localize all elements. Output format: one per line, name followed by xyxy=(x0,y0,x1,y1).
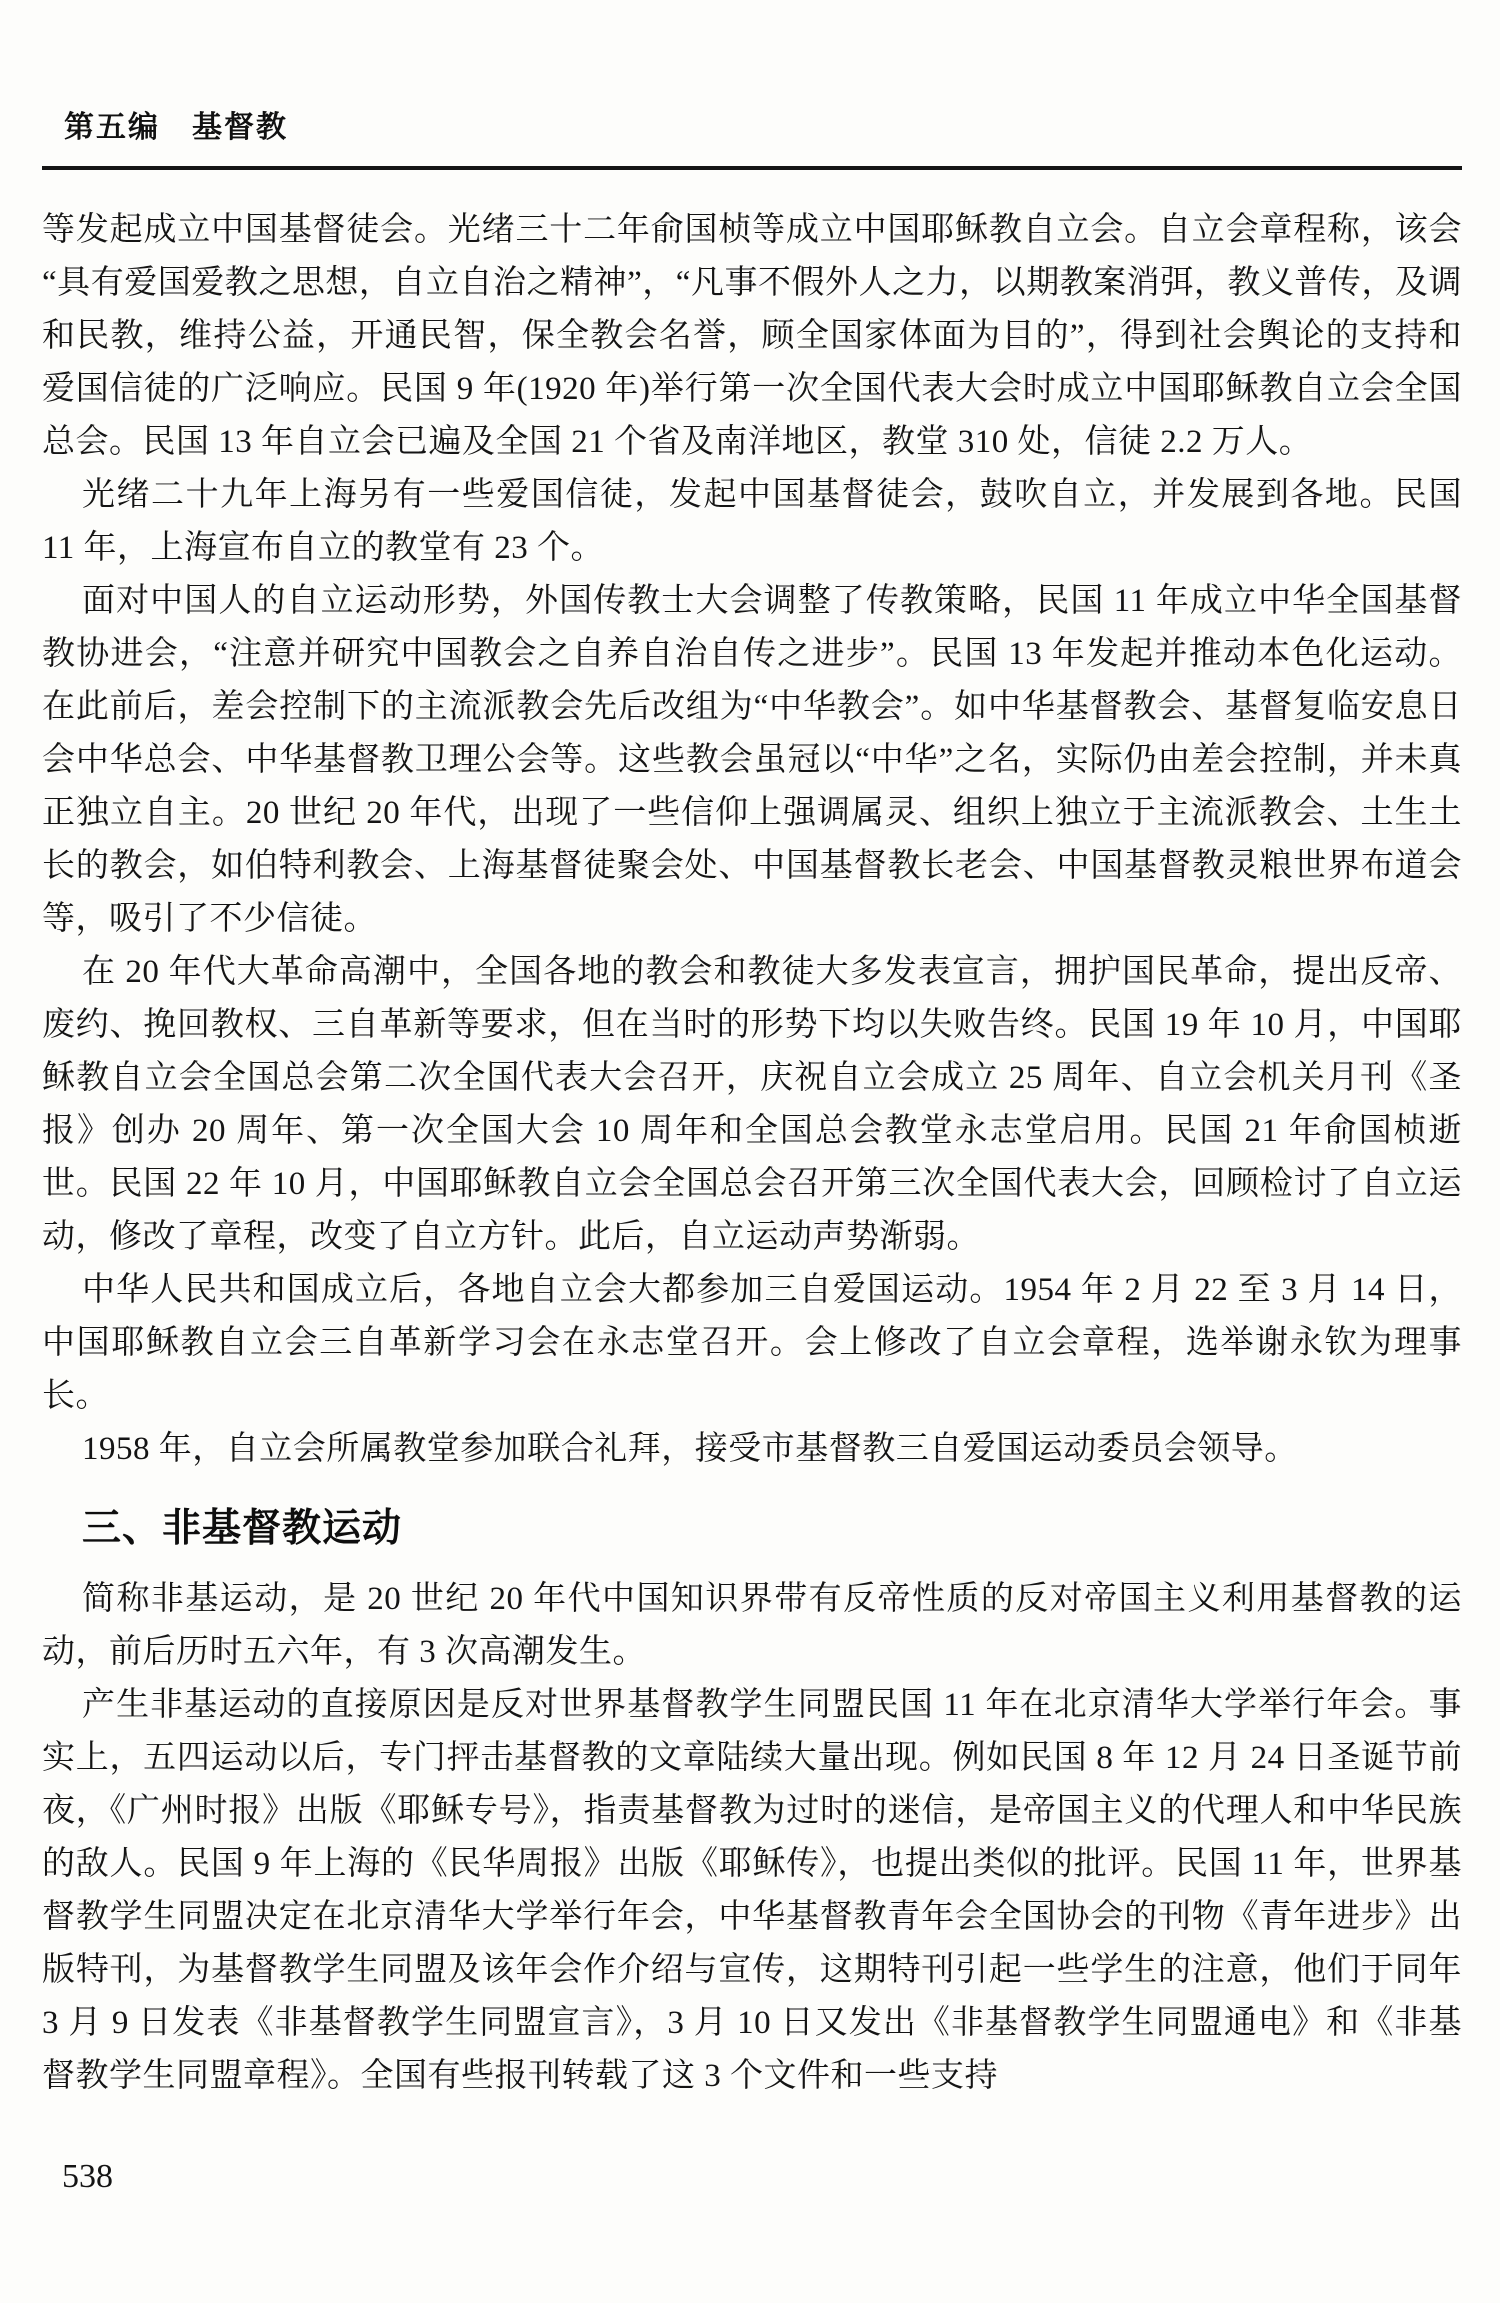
running-header: 第五编 基督教 xyxy=(42,102,1462,146)
paragraph: 中华人民共和国成立后，各地自立会大都参加三自爱国运动。1954 年 2 月 22… xyxy=(42,1264,1462,1423)
running-header-title: 第五编 基督教 xyxy=(64,111,288,144)
paragraph: 面对中国人的自立运动形势，外国传教士大会调整了传教策略，民国 11 年成立中华全… xyxy=(42,575,1462,946)
paragraph: 简称非基运动，是 20 世纪 20 年代中国知识界带有反帝性质的反对帝国主义利用… xyxy=(42,1573,1462,1679)
paragraph: 产生非基运动的直接原因是反对世界基督教学生同盟民国 11 年在北京清华大学举行年… xyxy=(42,1679,1462,2103)
paragraph-continuation: 等发起成立中国基督徒会。光绪三十二年俞国桢等成立中国耶稣教自立会。自立会章程称，… xyxy=(42,204,1462,469)
paragraph: 1958 年，自立会所属教堂参加联合礼拜，接受市基督教三自爱国运动委员会领导。 xyxy=(42,1423,1462,1476)
header-rule xyxy=(42,166,1462,170)
scanned-book-page: 第五编 基督教 等发起成立中国基督徒会。光绪三十二年俞国桢等成立中国耶稣教自立会… xyxy=(0,0,1500,2303)
page-number: 538 xyxy=(62,2158,113,2196)
paragraph: 光绪二十九年上海另有一些爱国信徒，发起中国基督徒会，鼓吹自立，并发展到各地。民国… xyxy=(42,469,1462,575)
body-text-block: 等发起成立中国基督徒会。光绪三十二年俞国桢等成立中国耶稣教自立会。自立会章程称，… xyxy=(42,204,1462,2103)
paragraph: 在 20 年代大革命高潮中，全国各地的教会和教徒大多发表宣言，拥护国民革命，提出… xyxy=(42,946,1462,1264)
section-heading: 三、非基督教运动 xyxy=(42,1502,1462,1555)
